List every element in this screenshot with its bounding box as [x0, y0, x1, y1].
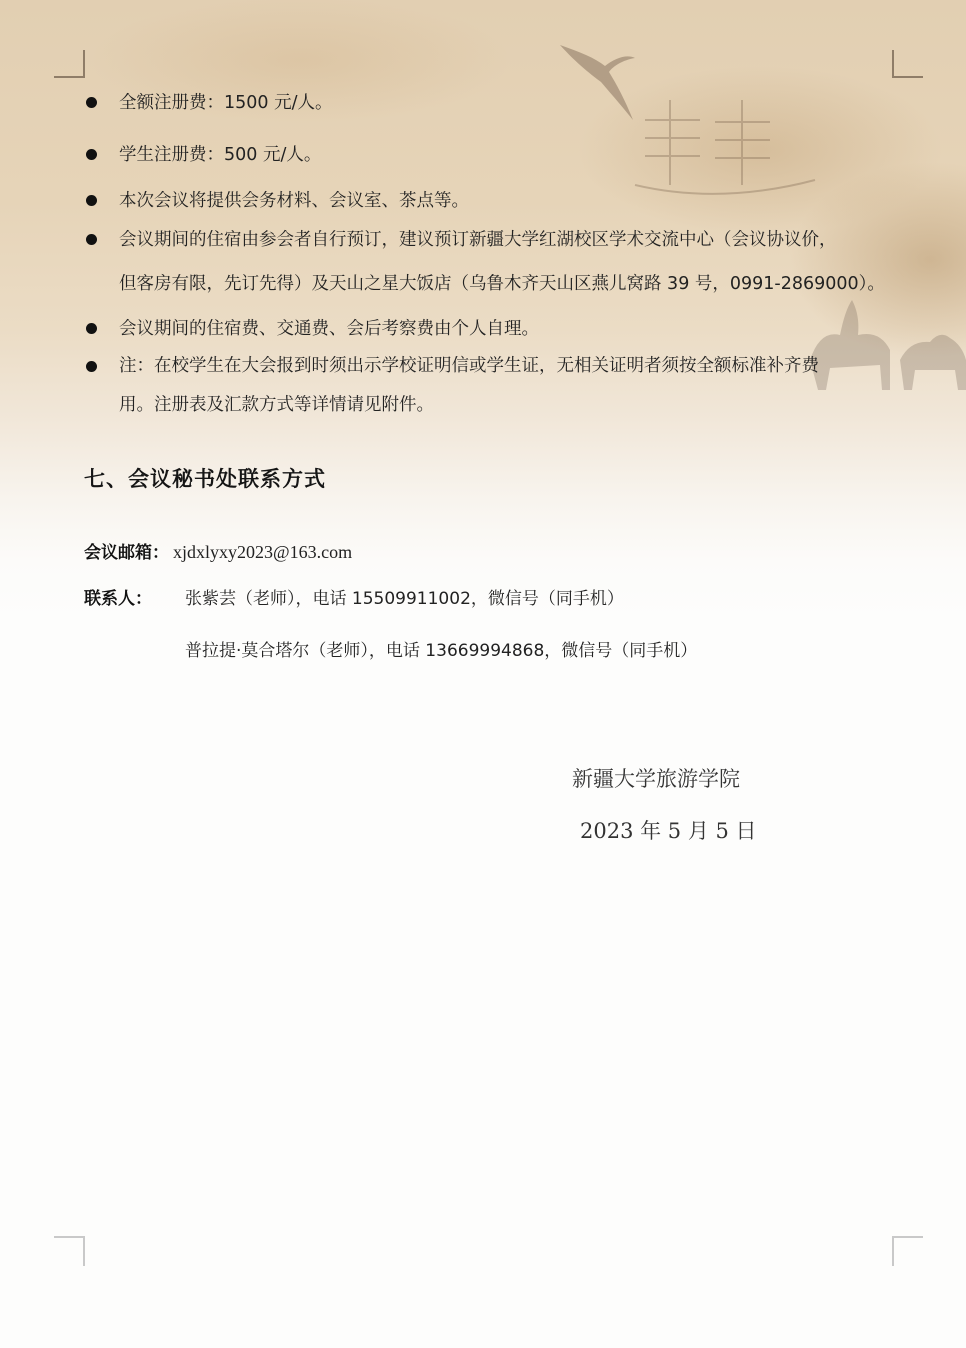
bullet-icon: [86, 234, 97, 245]
bullet-icon: [86, 195, 97, 206]
contact-person-1: 张紫芸（老师），电话 15509911002，微信号（同手机）: [185, 584, 624, 609]
bullet-icon: [86, 361, 97, 372]
contact-person-2: 普拉提·莫合塔尔（老师），电话 13669994868，微信号（同手机）: [185, 636, 697, 661]
signature-date: 2023 年 5 月 5 日: [580, 815, 757, 845]
fee-item-self-paid: 会议期间的住宿费、交通费、会后考察费由个人自理。: [86, 307, 916, 351]
contact-email-row: 会议邮箱：xjdxlyxy2023@163.com: [84, 538, 352, 563]
contact-person-row-1: 联系人： 张紫芸（老师），电话 15509911002，微信号（同手机）: [84, 584, 884, 608]
bullet-icon: [86, 149, 97, 160]
section-heading-secretariat-contact: 七、会议秘书处联系方式: [84, 463, 326, 493]
signature-organization: 新疆大学旅游学院: [572, 763, 740, 793]
contact-person-label: 联系人：: [84, 589, 152, 609]
fee-item-materials: 本次会议将提供会务材料、会议室、茶点等。: [86, 179, 916, 223]
fee-item-student-note: 注：在校学生在大会报到时须出示学校证明信或学生证，无相关证明者须按全额标准补齐费…: [86, 347, 916, 425]
fee-item-student-registration: 学生注册费：500 元/人。: [86, 133, 916, 177]
email-label: 会议邮箱：: [84, 543, 169, 563]
contact-person-row-2: 普拉提·莫合塔尔（老师），电话 13669994868，微信号（同手机）: [84, 636, 884, 660]
bullet-icon: [86, 323, 97, 334]
fee-item-full-registration: 全额注册费：1500 元/人。: [86, 81, 916, 125]
fee-item-accommodation: 会议期间的住宿由参会者自行预订，建议预订新疆大学红湖校区学术交流中心（会议协议价…: [86, 218, 916, 306]
bullet-icon: [86, 97, 97, 108]
email-link[interactable]: xjdxlyxy2023@163.com: [173, 542, 352, 562]
